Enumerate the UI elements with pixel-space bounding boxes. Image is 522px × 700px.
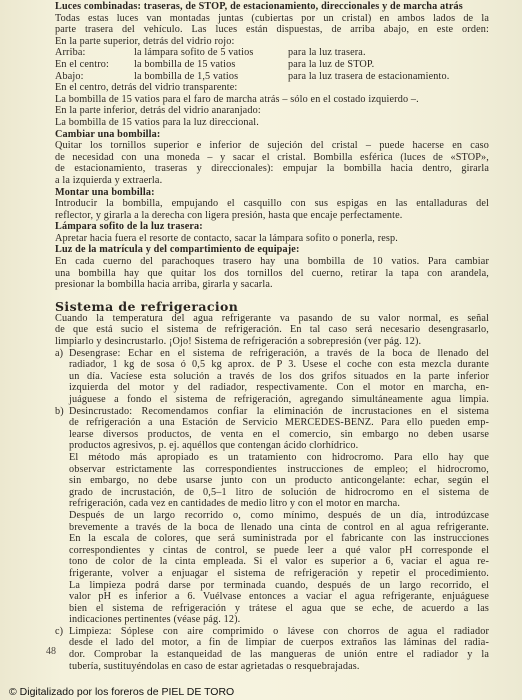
item-body: Limpieza: Sóplese con aire comprimido o … xyxy=(69,626,489,672)
lamp-type: la bombilla de 1,5 vatios xyxy=(134,71,288,83)
lamp-use: para la luz trasera. xyxy=(288,47,489,59)
paragraph-line: productos agresivos, p. ej. aquéllos que… xyxy=(69,440,489,452)
paragraph-line: limpiarlo y desincrustarlo. ¡Ojo! Sistem… xyxy=(55,336,489,348)
lamp-row: Arriba: la lámpara sofito de 5 vatios pa… xyxy=(55,47,489,59)
credit-text: © Digitalizado por los foreros de PIEL D… xyxy=(9,686,234,698)
paragraph-line: valor pH es inferior a 6. Vuélvase enton… xyxy=(69,591,489,603)
paragraph-line: correspondientes y cintas de control, se… xyxy=(69,545,489,557)
document-page: Luces combinadas: traseras, de STOP, de … xyxy=(55,1,489,672)
list-item-limpieza: c) Limpieza: Sóplese con aire comprimido… xyxy=(55,626,489,672)
paragraph-line: dor. Comprobar la estanqueidad de las ma… xyxy=(69,649,489,661)
list-item-desincrustado: b) Desincrustado: Recomendamos confiar l… xyxy=(55,406,489,626)
paragraph-line: tubería, sustituyéndolas en caso de esta… xyxy=(69,661,489,673)
section-refrigeracion: Sistema de refrigeracion Cuando la tempe… xyxy=(55,300,489,672)
paragraph-line: Desengrase: Echar en el sistema de refri… xyxy=(69,348,489,360)
paragraph-line: Limpieza: Sóplese con aire comprimido o … xyxy=(69,626,489,638)
paragraph-line: de refrigeración a una Estación de Servi… xyxy=(69,417,489,429)
list-item-desengrase: a) Desengrase: Echar en el sistema de re… xyxy=(55,348,489,406)
paragraph-line: Quitar los tornillos superior e inferior… xyxy=(55,140,489,152)
paragraph-line: frigerante, volver a enjuagar el sistema… xyxy=(69,568,489,580)
paragraph-line: de necesidad con una moneda – y sacar el… xyxy=(55,152,489,164)
paragraph-line: La bombilla de 15 vatios para la luz dir… xyxy=(55,117,489,129)
paragraph-line: juáguese a fondo el sistema de refrigera… xyxy=(69,394,489,406)
paragraph-line: parte trasera del vehículo. Las luces es… xyxy=(55,24,489,36)
section-luces-combinadas: Luces combinadas: traseras, de STOP, de … xyxy=(55,1,489,291)
subsection-label: En el centro, detrás del vidrio transpar… xyxy=(55,82,489,94)
lamp-position: Arriba: xyxy=(55,47,134,59)
lamp-position: Abajo: xyxy=(55,71,134,83)
item-label: c) xyxy=(55,626,69,672)
paragraph-line: tono de color de la cinta empleada. Si e… xyxy=(69,556,489,568)
paragraph-line: brevemente a través de la boca de llenad… xyxy=(69,522,489,534)
lamp-use: para la luz de STOP. xyxy=(288,59,489,71)
paragraph-line: bien el sistema de refrigeración y tráte… xyxy=(69,603,489,615)
subsection-title: Cambiar una bombilla: xyxy=(55,129,489,141)
paragraph-line: refrigeración, cada vez en cantidades de… xyxy=(69,498,489,510)
item-body: Desincrustado: Recomendamos confiar la e… xyxy=(69,406,489,626)
paragraph-line: radiador, 1 kg de sosa ó 0,5 kg aprox. d… xyxy=(69,359,489,371)
paragraph-line: El método más apropiado es un tratamient… xyxy=(69,452,489,464)
section-title: Luces combinadas: traseras, de STOP, de … xyxy=(55,1,489,13)
subsection-label: En la parte superior, detrás del vidrio … xyxy=(55,36,489,48)
paragraph-line: reflector, y girarla a la derecha con li… xyxy=(55,210,489,222)
subsection-title: Montar una bombilla: xyxy=(55,187,489,199)
paragraph-line: a la izquierda y extraerla. xyxy=(55,175,489,187)
lamp-row: En el centro: la bombilla de 15 vatios p… xyxy=(55,59,489,71)
lamp-type: la lámpara sofito de 5 vatios xyxy=(134,47,288,59)
item-body: Desengrase: Echar en el sistema de refri… xyxy=(69,348,489,406)
paragraph-line: un día. Vacíese esta solución a través d… xyxy=(69,371,489,383)
item-label: b) xyxy=(55,406,69,626)
paragraph-line: grado de incrustación, de 0,5–1 litro de… xyxy=(69,487,489,499)
page-number: 48 xyxy=(46,646,56,657)
paragraph-line: La limpieza podrá darse por terminada cu… xyxy=(69,580,489,592)
paragraph-line: izquierda del motor y del radiador, resp… xyxy=(69,382,489,394)
paragraph-line: sin embargo, no debe usarse junto con un… xyxy=(69,475,489,487)
lamp-use: para la luz trasera de estacionamiento. xyxy=(288,71,489,83)
paragraph-line: observar estrictamente las correspondien… xyxy=(69,464,489,476)
paragraph-line: Desincrustado: Recomendamos confiar la e… xyxy=(69,406,489,418)
item-label: a) xyxy=(55,348,69,406)
paragraph-line: una bombilla hay que quitar los dos torn… xyxy=(55,268,489,280)
subsection-label: En la parte inferior, detrás del vidrio … xyxy=(55,105,489,117)
lamp-type: la bombilla de 15 vatios xyxy=(134,59,288,71)
subsection-title: Lámpara sofito de la luz trasera: xyxy=(55,221,489,233)
paragraph-line: de estacionamiento, traseras y direccion… xyxy=(55,163,489,175)
lamp-row: Abajo: la bombilla de 1,5 vatios para la… xyxy=(55,71,489,83)
paragraph-line: learse diversos productos, de venta en e… xyxy=(69,429,489,441)
paragraph-line: En la escala de colores, que será sumini… xyxy=(69,533,489,545)
paragraph-line: de que está sucio el sistema de refriger… xyxy=(55,324,489,336)
paragraph-line: Todas estas luces van montadas juntas (c… xyxy=(55,13,489,25)
paragraph-line: Introducir la bombilla, empujando el cas… xyxy=(55,198,489,210)
paragraph-line: La bombilla de 15 vatios para el faro de… xyxy=(55,94,489,106)
paragraph-line: En cada cuerno del parachoques trasero h… xyxy=(55,256,489,268)
subsection-title: Luz de la matrícula y del compartimiento… xyxy=(55,244,489,256)
section-heading: Sistema de refrigeracion xyxy=(55,300,489,313)
paragraph-line: Después de un largo recorrido o, como mí… xyxy=(69,510,489,522)
lamp-position: En el centro: xyxy=(55,59,134,71)
paragraph-line: desde el lado del motor, a fin de limpia… xyxy=(69,637,489,649)
paragraph-line: Apretar hacia fuera el resorte de contac… xyxy=(55,233,489,245)
paragraph-line: Cuando la temperatura del agua refrigera… xyxy=(55,313,489,325)
paragraph-line: presionar la bombilla hacia arriba, gira… xyxy=(55,279,489,291)
paragraph-line: indicaciones pertinentes (véase pág. 12)… xyxy=(69,614,489,626)
